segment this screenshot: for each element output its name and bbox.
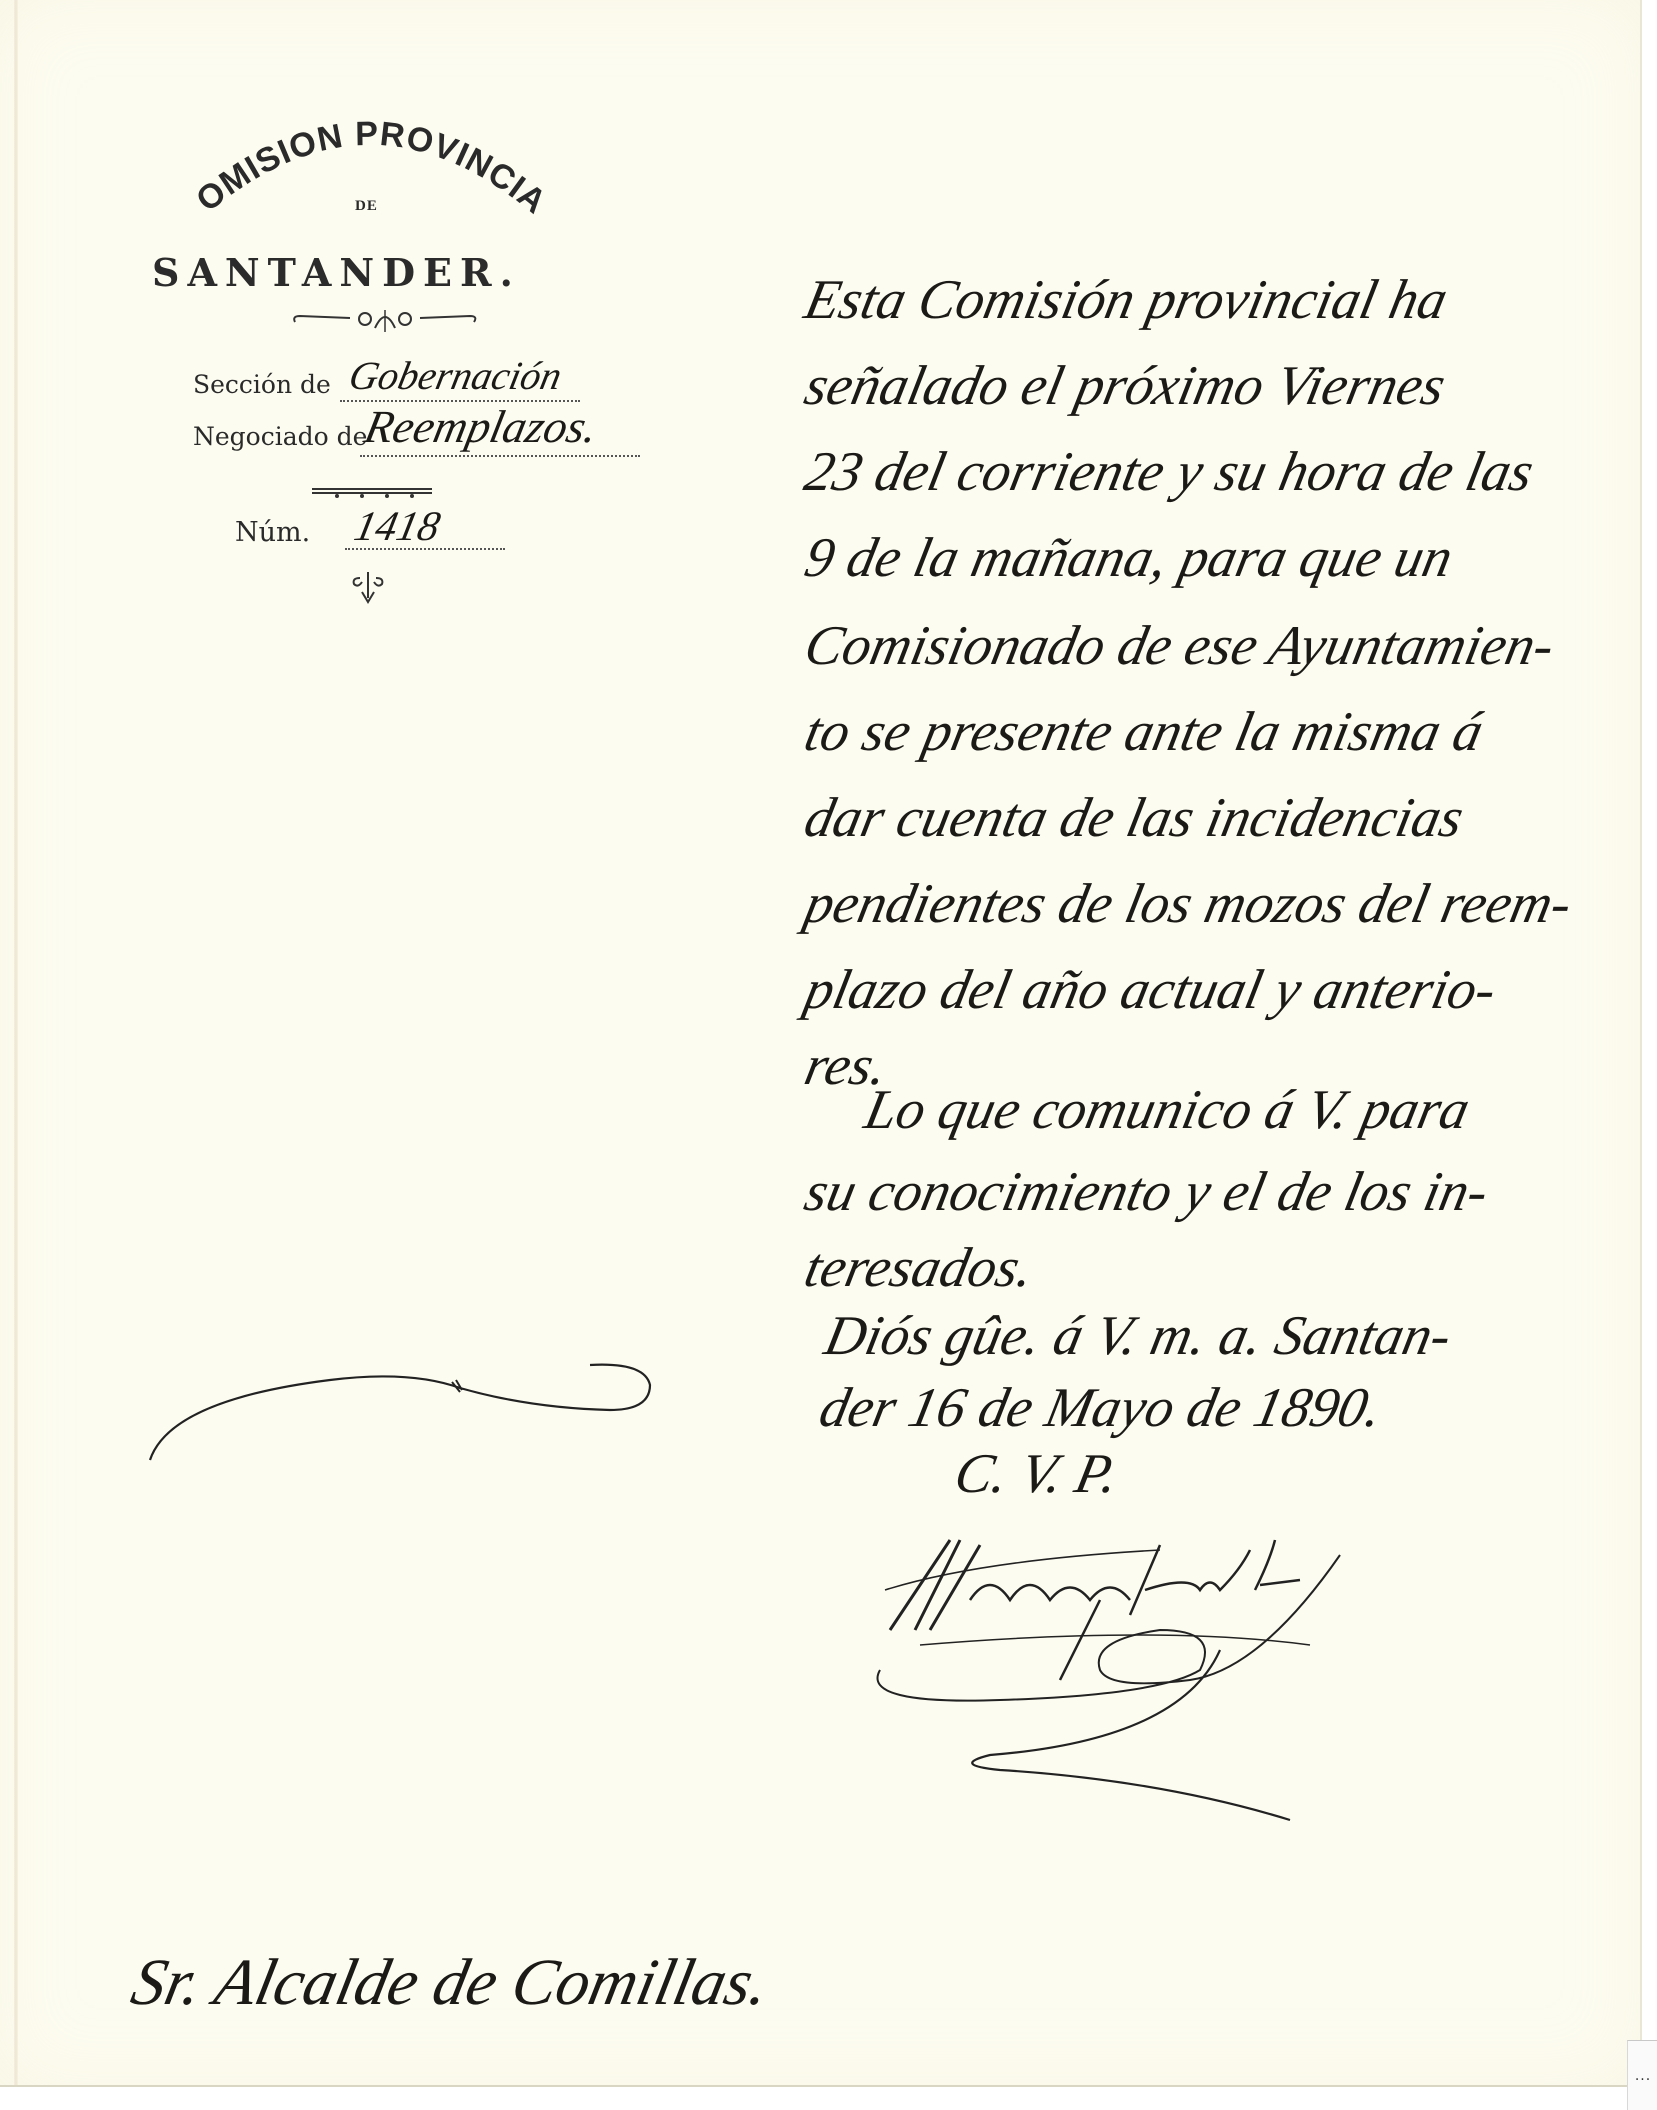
body-line: 23 del corriente y su hora de las	[800, 444, 1538, 500]
closing-initials: C. V. P.	[950, 1446, 1123, 1502]
body-line: to se presente ante la misma á	[800, 704, 1488, 760]
body-line: pendientes de los mozos del reem-	[800, 876, 1577, 932]
document-page: COMISION PROVINCIAL DE SANTANDER. Secció…	[0, 0, 1642, 2087]
de-label: DE	[355, 198, 378, 215]
body-line: su conocimiento y el de los in-	[800, 1164, 1493, 1220]
negociado-value: Reemplazos.	[360, 400, 603, 453]
seccion-value: Gobernación	[345, 352, 566, 399]
body-line: teresados.	[800, 1240, 1038, 1296]
signature-icon: Vázquez Torrilla	[860, 1530, 1580, 1830]
negociado-dotted-line	[360, 455, 640, 457]
arc-title-text: COMISION PROVINCIAL	[130, 110, 554, 222]
page-fold-line	[14, 0, 18, 2085]
decorative-rule	[312, 486, 432, 500]
num-label: Núm.	[235, 517, 310, 548]
more-options-button[interactable]: ...	[1627, 2040, 1657, 2110]
svg-text:COMISION PROVINCIAL: COMISION PROVINCIAL	[130, 110, 554, 222]
body-line: Comisionado de ese Ayuntamien-	[800, 618, 1559, 674]
fleuron-ornament-icon	[348, 568, 388, 608]
seccion-label: Sección de	[193, 370, 331, 399]
reference-number: 1418	[350, 503, 444, 551]
scroll-ornament-icon	[290, 306, 480, 336]
body-line: Lo que comunico á V. para	[860, 1082, 1474, 1138]
body-line: Esta Comisión provincial ha	[800, 272, 1452, 328]
body-line: plazo del año actual y anterio-	[800, 962, 1501, 1018]
negociado-label: Negociado de	[193, 422, 367, 451]
province-name: SANTANDER.	[152, 250, 521, 295]
pen-flourish-icon	[130, 1340, 770, 1480]
body-line: dar cuenta de las incidencias	[800, 790, 1468, 846]
addressee: Sr. Alcalde de Comillas.	[125, 1945, 776, 2021]
date-line: der 16 de Mayo de 1890.	[815, 1380, 1387, 1436]
body-line: señalado el próximo Viernes	[800, 358, 1450, 414]
body-line: 9 de la mañana, para que un	[800, 530, 1457, 586]
body-line: Diós gûe. á V. m. a. Santan-	[820, 1308, 1456, 1364]
